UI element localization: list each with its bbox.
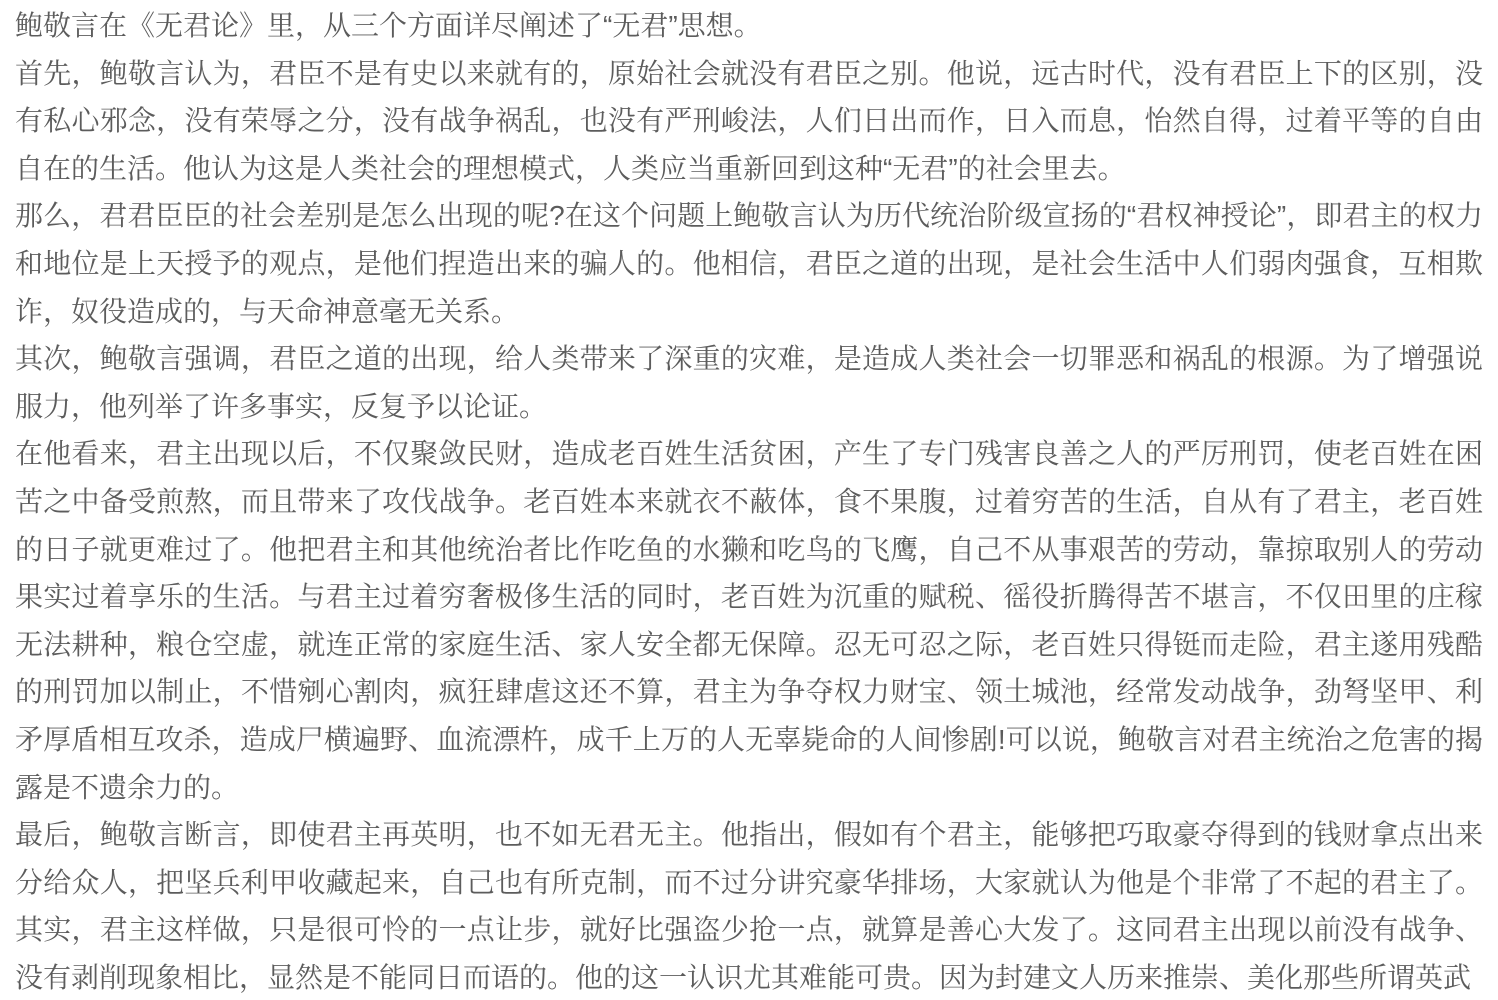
article-body: 鲍敬言在《无君论》里，从三个方面详尽阐述了“无君”思想。 首先，鲍敬言认为，君臣…: [0, 0, 1498, 1000]
paragraph-question: 那么，君君臣臣的社会差别是怎么出现的呢?在这个问题上鲍敬言认为历代统治阶级宣扬的…: [15, 192, 1483, 335]
paragraph-first-point: 首先，鲍敬言认为，君臣不是有史以来就有的，原始社会就没有君臣之别。他说，远古时代…: [15, 50, 1483, 193]
paragraph-final-point: 最后，鲍敬言断言，即使君主再英明，也不如无君无主。他指出，假如有个君主，能够把巧…: [15, 811, 1483, 1000]
paragraph-intro: 鲍敬言在《无君论》里，从三个方面详尽阐述了“无君”思想。: [15, 2, 1483, 50]
paragraph-elaboration: 在他看来，君主出现以后，不仅聚敛民财，造成老百姓生活贫困，产生了专门残害良善之人…: [15, 430, 1483, 811]
paragraph-second-point: 其次，鲍敬言强调，君臣之道的出现，给人类带来了深重的灾难，是造成人类社会一切罪恶…: [15, 335, 1483, 430]
